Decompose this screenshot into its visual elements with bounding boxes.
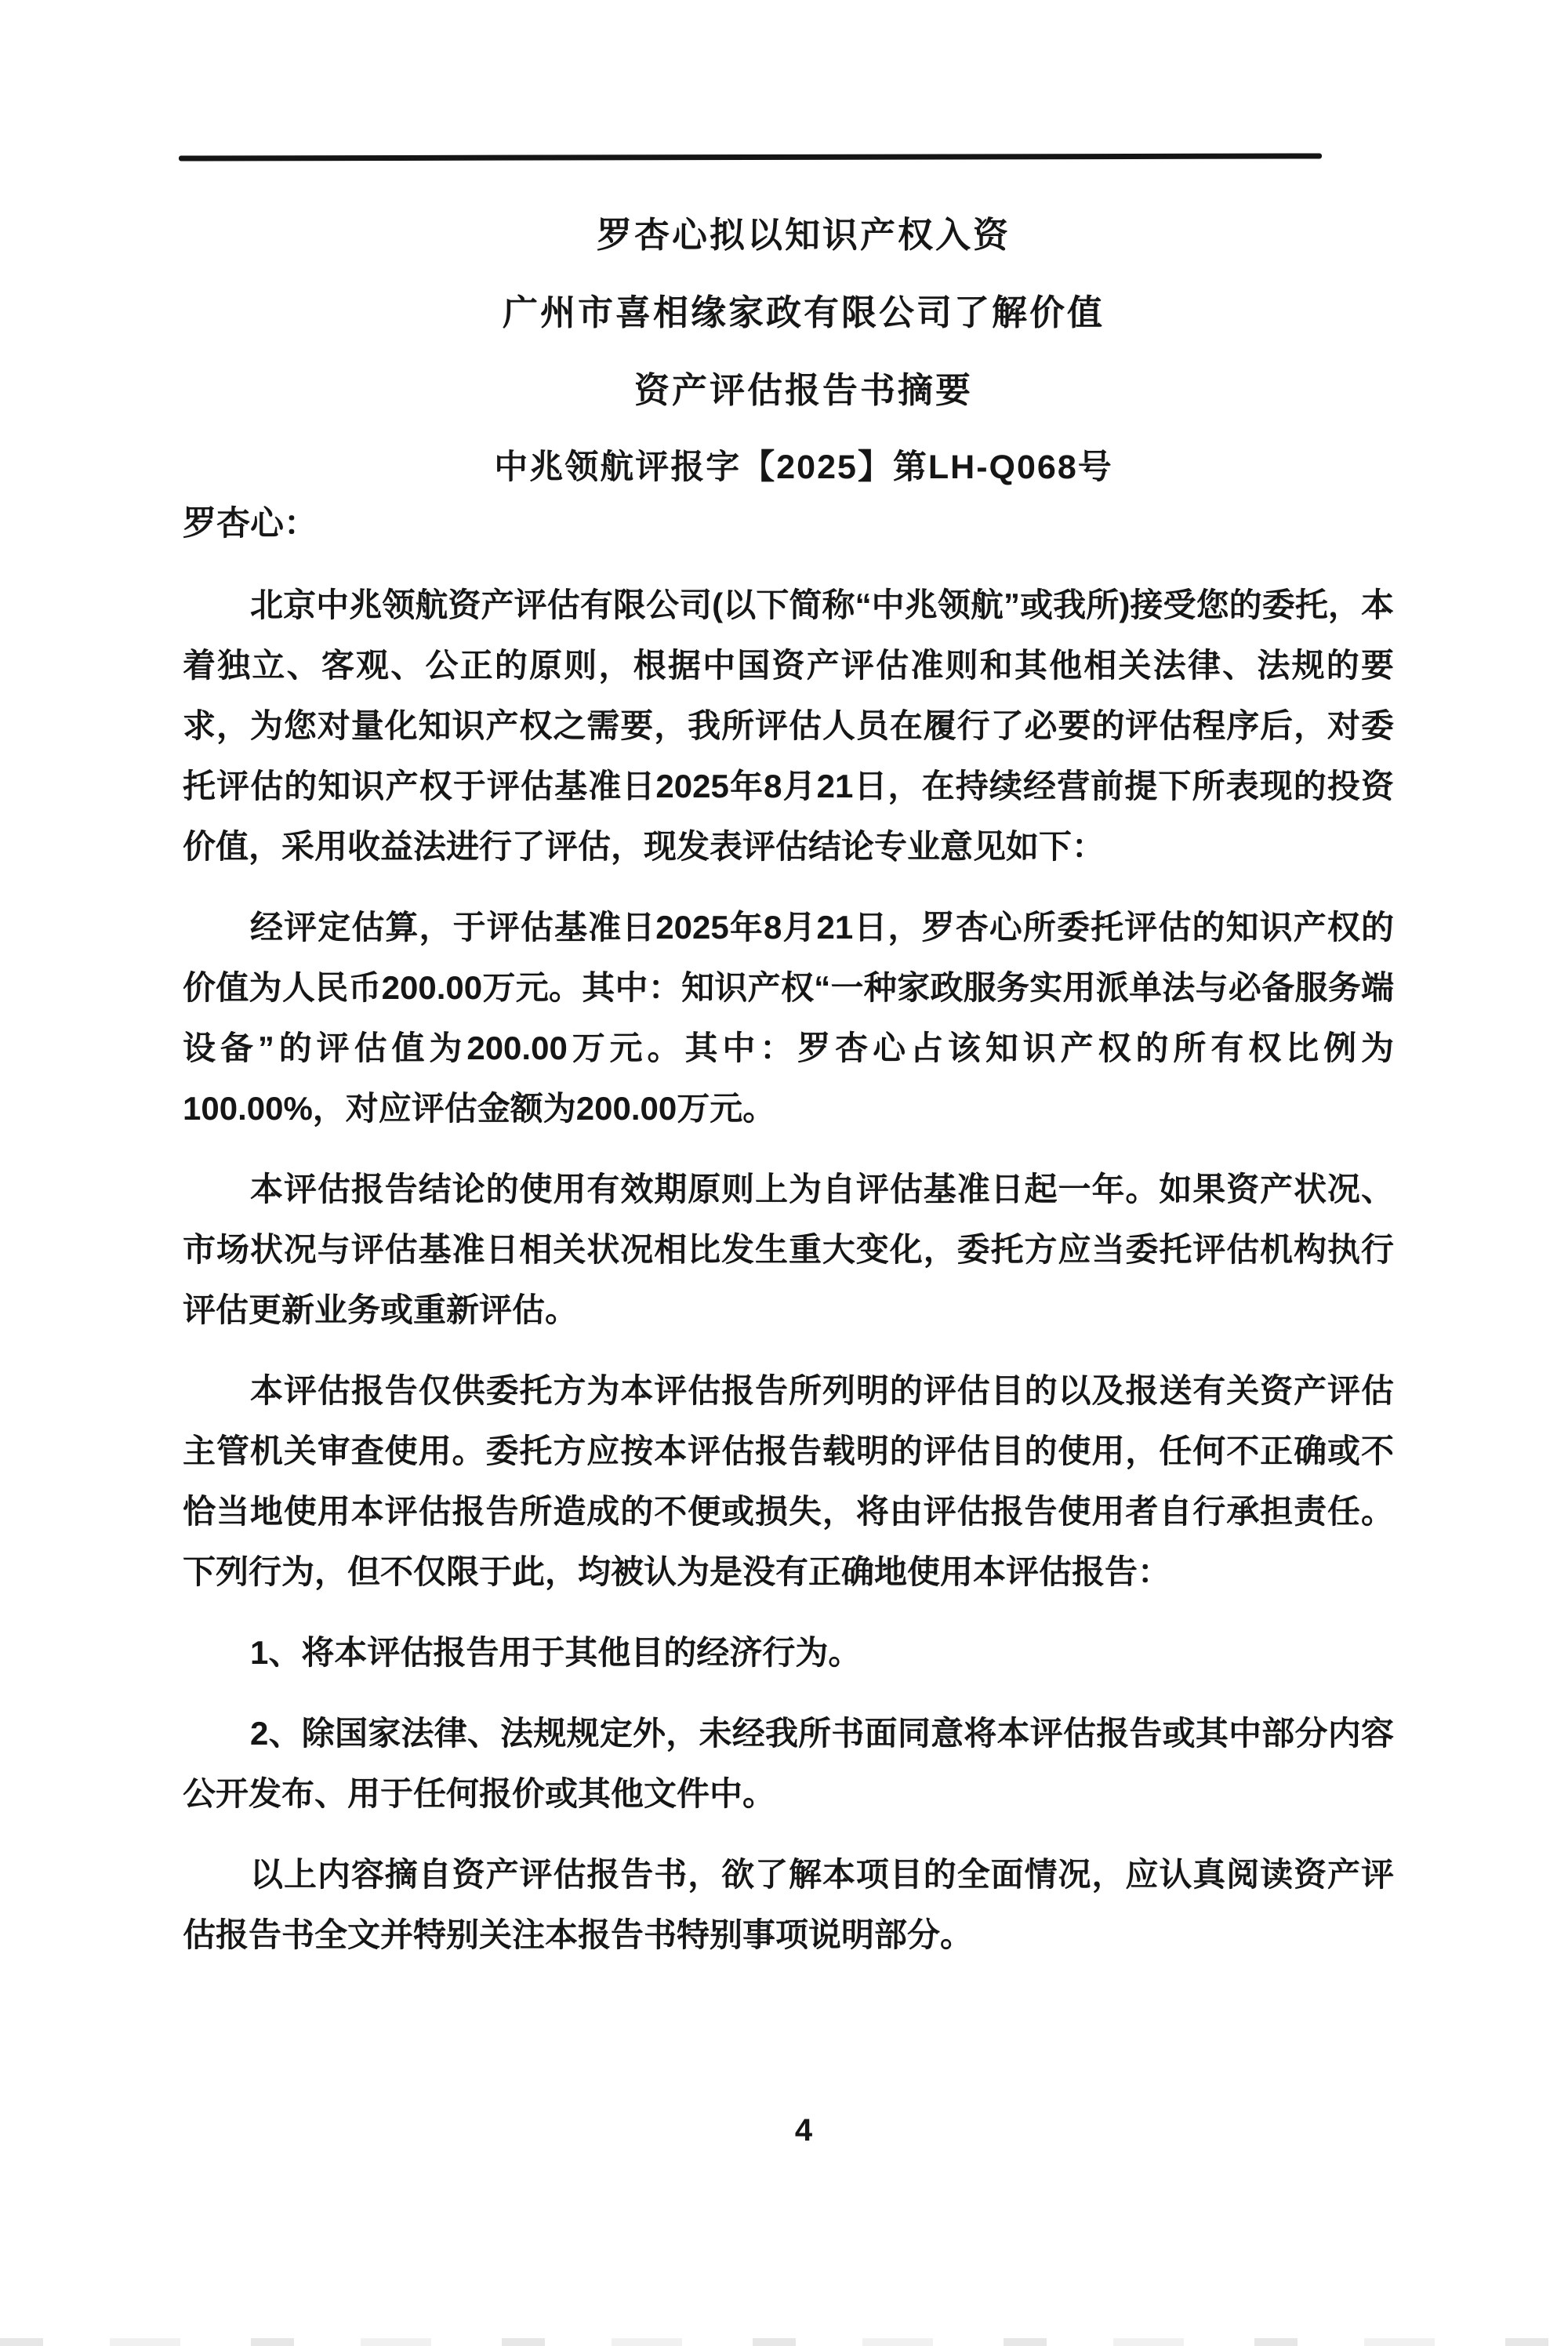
paragraph-introduction: 北京中兆领航资产评估有限公司(以下简称“中兆领航”或我所)接受您的委托，本着独立… (183, 575, 1394, 877)
document-title-line-1: 罗杏心拟以知识产权入资 (196, 196, 1411, 274)
salutation: 罗杏心： (183, 494, 1394, 554)
list-item-1: 1、将本评估报告用于其他目的经济行为。 (183, 1622, 1394, 1683)
header-rule (179, 153, 1322, 161)
paragraph-validity-period: 本评估报告结论的使用有效期原则上为自评估基准日起一年。如果资产状况、市场状况与评… (183, 1159, 1394, 1340)
document-page: 罗杏心拟以知识产权入资 广州市喜相缘家政有限公司了解价值 资产评估报告书摘要 中… (0, 0, 1568, 2346)
paragraph-usage-restriction: 本评估报告仅供委托方为本评估报告所列明的评估目的以及报送有关资产评估主管机关审查… (183, 1360, 1394, 1602)
document-title-line-3: 资产评估报告书摘要 (196, 351, 1411, 429)
document-title-line-2: 广州市喜相缘家政有限公司了解价值 (196, 274, 1411, 351)
list-item-2: 2、除国家法律、法规规定外，未经我所书面同意将本评估报告或其中部分内容公开发布、… (183, 1703, 1394, 1824)
document-body: 罗杏心： 北京中兆领航资产评估有限公司(以下简称“中兆领航”或我所)接受您的委托… (183, 494, 1394, 1965)
paragraph-closing-note: 以上内容摘自资产评估报告书，欲了解本项目的全面情况，应认真阅读资产评估报告书全文… (183, 1844, 1394, 1965)
page-number: 4 (196, 2113, 1411, 2148)
paragraph-valuation-conclusion: 经评定估算，于评估基准日2025年8月21日，罗杏心所委托评估的知识产权的价值为… (183, 897, 1394, 1138)
title-block: 罗杏心拟以知识产权入资 广州市喜相缘家政有限公司了解价值 资产评估报告书摘要 中… (196, 196, 1411, 507)
scan-edge-artifact (0, 2338, 1568, 2346)
